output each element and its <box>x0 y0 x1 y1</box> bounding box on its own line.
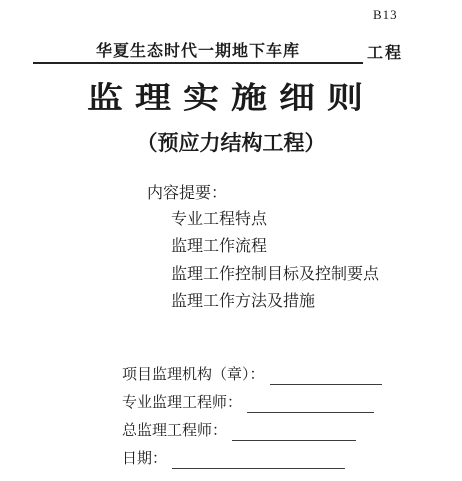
summary-list: 专业工程特点 监理工作流程 监理工作控制目标及控制要点 监理工作方法及措施 <box>171 206 379 316</box>
signature-row-specialty-engineer: 专业监理工程师： <box>122 391 422 413</box>
signature-fill-line <box>270 367 382 385</box>
signature-row-chief-engineer: 总监理工程师： <box>122 419 422 441</box>
summary-item: 监理工作控制目标及控制要点 <box>171 261 379 288</box>
project-suffix: 工程 <box>367 40 403 64</box>
document-page: B13 华夏生态时代一期地下车库 工程 监理实施细则 （预应力结构工程） 内容提… <box>0 0 462 481</box>
signature-fill-line <box>172 451 345 469</box>
signature-label: 日期： <box>122 449 167 469</box>
summary-item: 监理工作方法及措施 <box>171 288 379 315</box>
page-title: 监理实施细则 <box>0 82 462 116</box>
project-name: 华夏生态时代一期地下车库 <box>96 43 300 60</box>
summary-item: 专业工程特点 <box>171 206 379 233</box>
signature-label: 项目监理机构（章）： <box>122 365 265 385</box>
project-title-line: 华夏生态时代一期地下车库 工程 <box>33 38 429 64</box>
summary-item: 监理工作流程 <box>171 233 379 260</box>
signature-row-org: 项目监理机构（章）： <box>122 363 422 385</box>
signature-block: 项目监理机构（章）： 专业监理工程师： 总监理工程师： 日期： <box>122 363 422 475</box>
signature-label: 专业监理工程师： <box>122 393 242 413</box>
signature-fill-line <box>247 395 374 413</box>
signature-label: 总监理工程师： <box>122 421 227 441</box>
signature-fill-line <box>232 423 356 441</box>
page-subtitle: （预应力结构工程） <box>0 127 462 157</box>
summary-heading: 内容提要： <box>147 180 227 203</box>
signature-row-date: 日期： <box>122 447 422 469</box>
doc-code: B13 <box>373 7 398 23</box>
project-name-underline: 华夏生态时代一期地下车库 <box>33 38 363 64</box>
